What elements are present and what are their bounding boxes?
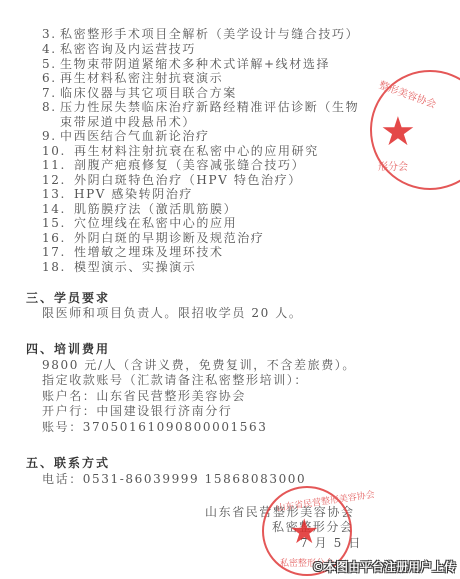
bank-name: 开户行：中国建设银行济南分行 [42, 404, 232, 418]
phone-text: 电话：0531-86039999 15868083000 [42, 472, 306, 486]
course-item: 9.中西医结合气血新论治疗 [42, 129, 210, 143]
course-item-number: 4. [42, 42, 60, 56]
account-number: 账号：37050161090800001563 [42, 420, 268, 434]
course-item: 16.外阴白斑的早期诊断及规范治疗 [42, 231, 264, 245]
course-item-text: 肌筋膜疗法（激活肌筋膜） [74, 202, 237, 216]
course-item: 13.HPV 感染转阴治疗 [42, 187, 193, 201]
course-item-text: 临床仪器与其它项目联合方案 [60, 86, 237, 100]
section-heading-fees: 四、培训费用 [26, 342, 110, 356]
course-item-text: 穴位埋线在私密中心的应用 [74, 216, 237, 230]
course-item-number: 3. [42, 27, 60, 41]
course-item-number: 7. [42, 86, 60, 100]
course-item-number: 8. [42, 100, 60, 114]
official-seal-top: 整形美容协会 ★ 形分会 [370, 70, 460, 190]
course-item-text: 私密整形手术项目全解析（美学设计与缝合技巧） [60, 27, 359, 41]
seal-ring-text: 山东省民营整形美容协会 [276, 487, 376, 514]
course-item-number: 17. [42, 245, 74, 259]
course-item: 10.再生材料注射抗衰在私密中心的应用研究 [42, 144, 319, 158]
course-item: 11.剖腹产疤痕修复（美容减张缝合技巧） [42, 158, 305, 172]
course-item-text: 剖腹产疤痕修复（美容减张缝合技巧） [74, 158, 305, 172]
upload-watermark: ©本图由平台注册用户上传 [312, 558, 456, 575]
course-item-text: 私密咨询及内运营技巧 [60, 42, 196, 56]
course-item-text: 束带尿道中段悬吊术） [60, 115, 196, 129]
course-item-number: 18. [42, 260, 74, 274]
course-item-text: HPV 感染转阴治疗 [74, 187, 193, 201]
course-item: 18.模型演示、实操演示 [42, 260, 196, 274]
seal-star-icon: ★ [380, 112, 416, 152]
course-item-text: 再生材料注射抗衰在私密中心的应用研究 [74, 144, 319, 158]
course-item-number: 16. [42, 231, 74, 245]
course-item: 14.肌筋膜疗法（激活肌筋膜） [42, 202, 237, 216]
course-item-number: 15. [42, 216, 74, 230]
seal-inner-text: 形分会 [378, 158, 408, 173]
course-item-number: 6. [42, 71, 60, 85]
requirements-text: 限医师和项目负责人。限招收学员 20 人。 [42, 306, 303, 320]
course-item-text: 再生材料私密注射抗衰演示 [60, 71, 223, 85]
course-item: 4.私密咨询及内运营技巧 [42, 42, 196, 56]
course-item-number: 13. [42, 187, 74, 201]
course-item: 12.外阴白斑特色治疗（HPV 特色治疗） [42, 173, 302, 187]
course-item-number: 14. [42, 202, 74, 216]
course-item-text: 外阴白斑的早期诊断及规范治疗 [74, 231, 264, 245]
course-item-number: 9. [42, 129, 60, 143]
course-item-number: 5. [42, 57, 60, 71]
course-item: 8.压力性尿失禁临床治疗新路经精准评估诊断（生物 [42, 100, 359, 114]
course-item: 束带尿道中段悬吊术） [60, 115, 196, 129]
course-item-text: 生物束带阴道紧缩术多种术式详解+线材选择 [60, 57, 330, 71]
course-item-text: 中西医结合气血新论治疗 [60, 129, 210, 143]
course-item-number: 11. [42, 158, 74, 172]
course-item: 6.再生材料私密注射抗衰演示 [42, 71, 223, 85]
course-item: 5.生物束带阴道紧缩术多种术式详解+线材选择 [42, 57, 330, 71]
account-note: 指定收款账号（汇款请备注私密整形培训）： [42, 373, 308, 387]
seal-ring-text: 整形美容协会 [377, 76, 439, 111]
fee-text: 9800 元/人（含讲义费，免费复训，不含差旅费）。 [42, 358, 356, 372]
course-item: 17.性增敏之埋珠及埋环技术 [42, 245, 224, 259]
seal-star-icon: ★ [289, 512, 319, 552]
course-item-text: 外阴白斑特色治疗（HPV 特色治疗） [74, 173, 302, 187]
course-item: 3.私密整形手术项目全解析（美学设计与缝合技巧） [42, 27, 359, 41]
course-item-number: 10. [42, 144, 74, 158]
course-item-number: 12. [42, 173, 74, 187]
course-item-text: 压力性尿失禁临床治疗新路经精准评估诊断（生物 [60, 100, 359, 114]
course-item: 15.穴位埋线在私密中心的应用 [42, 216, 237, 230]
course-item: 7.临床仪器与其它项目联合方案 [42, 86, 237, 100]
course-item-text: 模型演示、实操演示 [74, 260, 196, 274]
course-item-text: 性增敏之埋珠及埋环技术 [74, 245, 224, 259]
account-name: 账户名：山东省民营整形美容协会 [42, 389, 246, 403]
section-heading-requirements: 三、学员要求 [26, 291, 110, 305]
section-heading-contact: 五、联系方式 [26, 456, 110, 470]
